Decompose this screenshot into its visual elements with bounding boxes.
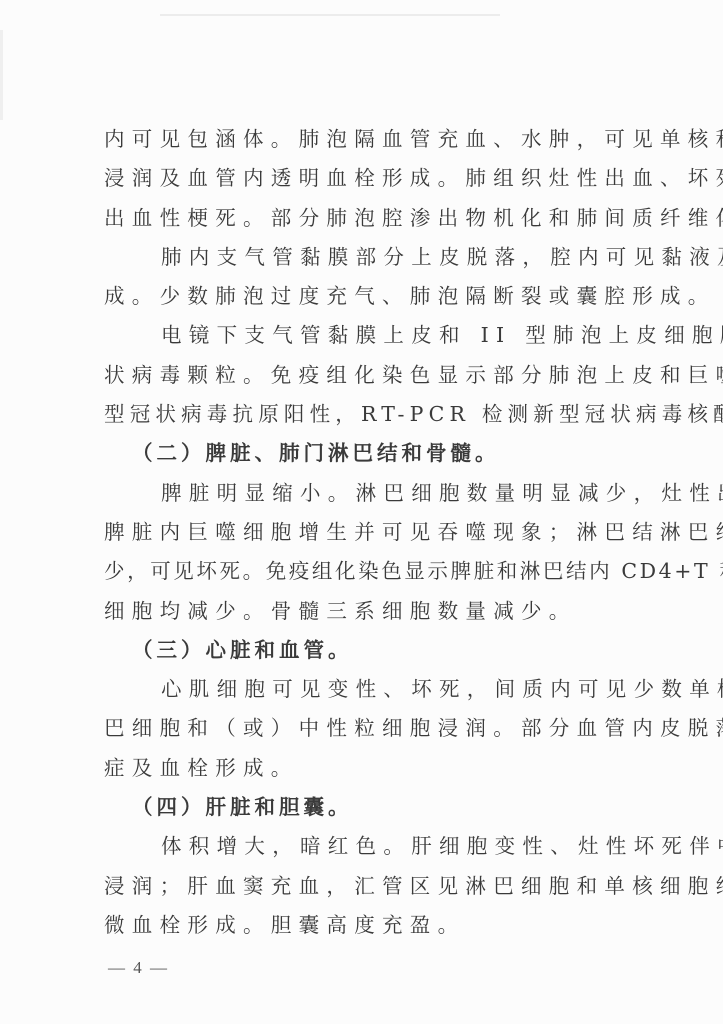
paragraph-line: 心肌细胞可见变性、坏死，间质内可见少数单核细胞、淋 [104,670,618,709]
paragraph-line: 巴细胞和（或）中性粒细胞浸润。部分血管内皮脱落、内膜炎 [104,709,618,748]
scan-edge-shadow [0,30,3,120]
paragraph-line: 脾脏明显缩小。淋巴细胞数量明显减少，灶性出血和坏死， [104,474,618,513]
paragraph-line: 成。少数肺泡过度充气、肺泡隔断裂或囊腔形成。 [104,277,618,316]
paragraph-line: 肺内支气管黏膜部分上皮脱落，腔内可见黏液及黏液栓形 [104,238,618,277]
paragraph-line: 状病毒颗粒。免疫组化染色显示部分肺泡上皮和巨噬细胞呈新 [104,356,618,395]
paragraph-line: 细胞均减少。骨髓三系细胞数量减少。 [104,592,618,631]
document-body: 内可见包涵体。肺泡隔血管充血、水肿，可见单核和淋巴细胞 浸润及血管内透明血栓形成… [104,120,618,945]
section-heading-spleen: （二）脾脏、肺门淋巴结和骨髓。 [104,434,618,473]
paragraph-line: 浸润及血管内透明血栓形成。肺组织灶性出血、坏死，可出现 [104,159,618,198]
paragraph-line: 型冠状病毒抗原阳性，RT-PCR 检测新型冠状病毒核酸阳性。 [104,395,618,434]
paragraph-line: 浸润；肝血窦充血，汇管区见淋巴细胞和单核细胞细胞浸润， [104,867,618,906]
document-page: 内可见包涵体。肺泡隔血管充血、水肿，可见单核和淋巴细胞 浸润及血管内透明血栓形成… [0,0,723,1024]
scan-edge-shadow [160,14,500,16]
paragraph-line: 电镜下支气管黏膜上皮和 II 型肺泡上皮细胞胞质内可见冠 [104,316,618,355]
section-heading-heart: （三）心脏和血管。 [104,631,618,670]
paragraph-line: 体积增大，暗红色。肝细胞变性、灶性坏死伴中性粒细胞 [104,827,618,866]
page-number: — 4 — [108,958,169,978]
paragraph-line: 脾脏内巨噬细胞增生并可见吞噬现象；淋巴结淋巴细胞数量较 [104,513,618,552]
paragraph-line: 出血性梗死。部分肺泡腔渗出物机化和肺间质纤维化。 [104,199,618,238]
paragraph-line: 内可见包涵体。肺泡隔血管充血、水肿，可见单核和淋巴细胞 [104,120,618,159]
paragraph-line: 少，可见坏死。免疫组化染色显示脾脏和淋巴结内 CD4+T 和 CD8+T [104,552,618,591]
section-heading-liver: （四）肝脏和胆囊。 [104,788,618,827]
paragraph-line: 症及血栓形成。 [104,749,618,788]
paragraph-line: 微血栓形成。胆囊高度充盈。 [104,906,618,945]
